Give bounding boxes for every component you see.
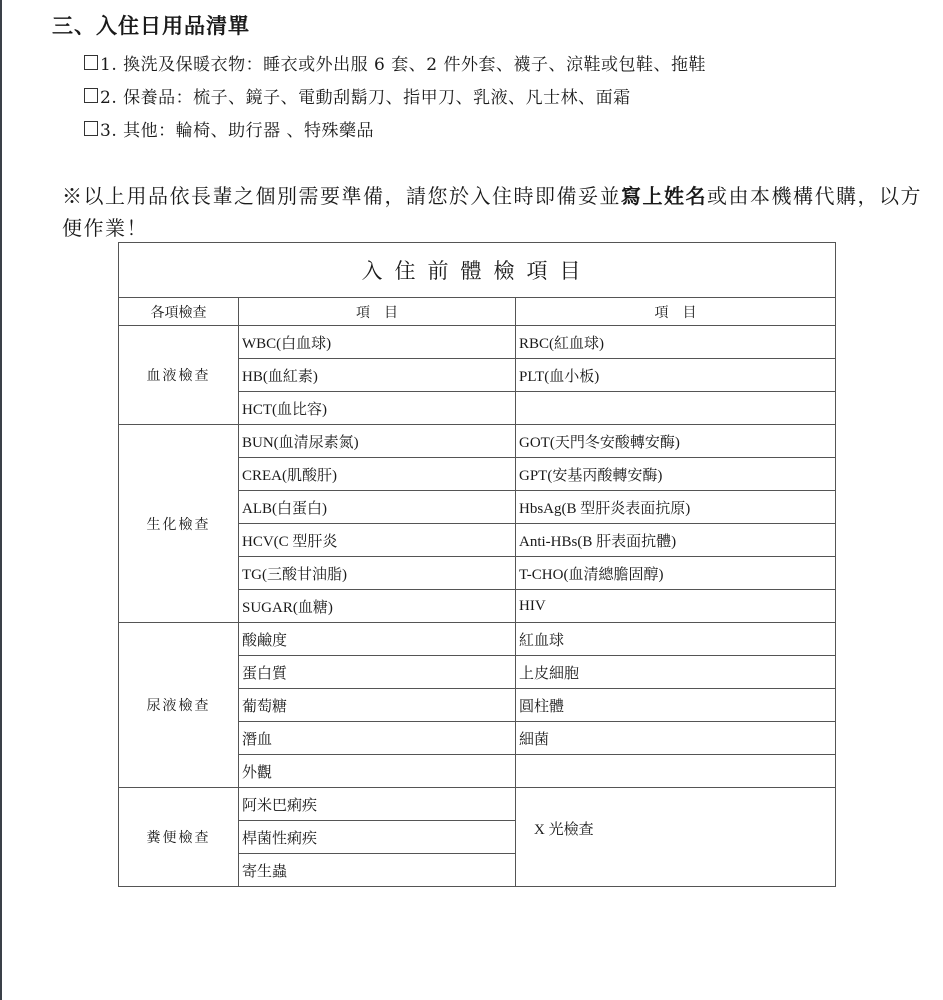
table-row: 生化檢查BUN(血清尿素氮)GOT(天門冬安酸轉安酶) xyxy=(119,425,836,458)
section-title: 三、入住日用品清單 xyxy=(52,10,250,40)
exam-item-cell: HbsAg(B 型肝炎表面抗原) xyxy=(516,491,836,524)
column-header-item: 項 目 xyxy=(239,298,516,326)
table-row: 血液檢查WBC(白血球)RBC(紅血球) xyxy=(119,326,836,359)
exam-item-cell: HIV xyxy=(516,590,836,623)
checkbox-icon[interactable] xyxy=(84,121,98,136)
exam-item-cell: PLT(血小板) xyxy=(516,359,836,392)
exam-item-cell: 上皮細胞 xyxy=(516,656,836,689)
exam-item-cell: Anti-HBs(B 肝表面抗體) xyxy=(516,524,836,557)
exam-item-cell: 細菌 xyxy=(516,722,836,755)
column-header-category: 各項檢查 xyxy=(119,298,239,326)
window-left-border xyxy=(0,0,2,1000)
exam-item-cell: 圓柱體 xyxy=(516,689,836,722)
exam-item-cell: WBC(白血球) xyxy=(239,326,516,359)
exam-item-cell: GOT(天門冬安酸轉安酶) xyxy=(516,425,836,458)
checklist-label: 1. 換洗及保暖衣物：睡衣或外出服 6 套、2 件外套、襪子、涼鞋或包鞋、拖鞋 xyxy=(100,50,706,75)
exam-item-cell: 葡萄糖 xyxy=(239,689,516,722)
preparation-note: ※以上用品依長輩之個別需要準備，請您於入住時即備妥並寫上姓名或由本機構代購，以方… xyxy=(62,180,937,244)
exam-item-cell: SUGAR(血糖) xyxy=(239,590,516,623)
exam-item-cell: HCV(C 型肝炎 xyxy=(239,524,516,557)
exam-item-cell: 桿菌性痢疾 xyxy=(239,821,516,854)
exam-item-cell: BUN(血清尿素氮) xyxy=(239,425,516,458)
exam-item-cell: 紅血球 xyxy=(516,623,836,656)
checklist-label: 2. 保養品：梳子、鏡子、電動刮鬍刀、指甲刀、乳液、凡士林、面霜 xyxy=(100,83,631,108)
checklist-item-toiletries[interactable]: 2. 保養品：梳子、鏡子、電動刮鬍刀、指甲刀、乳液、凡士林、面霜 xyxy=(84,83,631,108)
exam-item-cell: T-CHO(血清總膽固醇) xyxy=(516,557,836,590)
exam-item-cell: 寄生蟲 xyxy=(239,854,516,887)
note-emphasis: 寫上姓名 xyxy=(621,184,707,208)
exam-item-cell: TG(三酸甘油脂) xyxy=(239,557,516,590)
table-row: 尿液檢查酸鹼度紅血球 xyxy=(119,623,836,656)
category-cell: 尿液檢查 xyxy=(119,623,239,788)
exam-item-cell: GPT(安基丙酸轉安酶) xyxy=(516,458,836,491)
table-row: 糞便檢查阿米巴痢疾X 光檢查 xyxy=(119,788,836,821)
checkbox-icon[interactable] xyxy=(84,55,98,70)
category-cell: 生化檢查 xyxy=(119,425,239,623)
exam-item-cell: 潛血 xyxy=(239,722,516,755)
category-cell: 血液檢查 xyxy=(119,326,239,425)
exam-item-cell: HB(血紅素) xyxy=(239,359,516,392)
exam-item-cell: ALB(白蛋白) xyxy=(239,491,516,524)
checklist-item-other[interactable]: 3. 其他：輪椅、助行器 、特殊藥品 xyxy=(84,116,374,141)
exam-item-cell: CREA(肌酸肝) xyxy=(239,458,516,491)
table-title: 入住前體檢項目 xyxy=(119,243,836,298)
checklist-label: 3. 其他：輪椅、助行器 、特殊藥品 xyxy=(100,116,374,141)
category-cell: 糞便檢查 xyxy=(119,788,239,887)
exam-item-cell: 蛋白質 xyxy=(239,656,516,689)
exam-item-cell xyxy=(516,755,836,788)
exam-item-cell: 外觀 xyxy=(239,755,516,788)
exam-item-cell: 酸鹼度 xyxy=(239,623,516,656)
checklist-item-clothing[interactable]: 1. 換洗及保暖衣物：睡衣或外出服 6 套、2 件外套、襪子、涼鞋或包鞋、拖鞋 xyxy=(84,50,706,75)
exam-item-cell: RBC(紅血球) xyxy=(516,326,836,359)
checkbox-icon[interactable] xyxy=(84,88,98,103)
exam-item-cell: 阿米巴痢疾 xyxy=(239,788,516,821)
exam-item-cell: HCT(血比容) xyxy=(239,392,516,425)
pre-admission-exam-table: 入住前體檢項目 各項檢查 項 目 項 目 血液檢查WBC(白血球)RBC(紅血球… xyxy=(118,242,836,887)
column-header-item: 項 目 xyxy=(516,298,836,326)
note-text: ※以上用品依長輩之個別需要準備，請您於入住時即備妥並 xyxy=(62,184,621,208)
exam-item-cell xyxy=(516,392,836,425)
xray-exam-cell: X 光檢查 xyxy=(516,788,836,887)
